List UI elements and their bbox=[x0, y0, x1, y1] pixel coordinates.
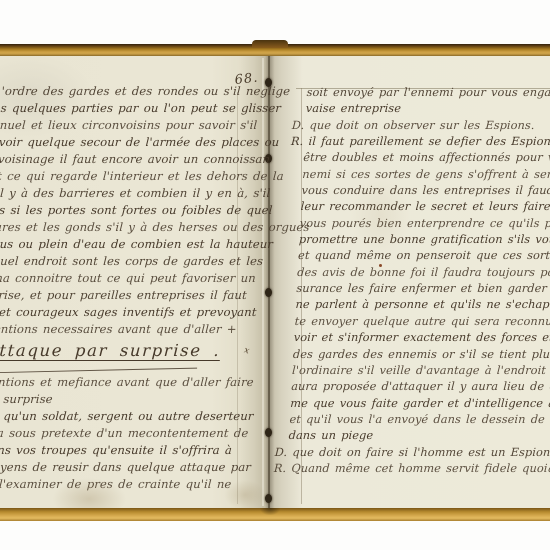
manuscript-line: surance les faire enfermer et bien garde… bbox=[296, 282, 550, 298]
section-heading: attaque par surprise . bbox=[0, 339, 255, 363]
manuscript-line: voir et s'informer exactement des forces… bbox=[293, 331, 550, 347]
manuscript-line: voir quelque secour de l'armée des place… bbox=[0, 135, 265, 152]
manuscript-line: tentions et mefiance avant que d'aller f… bbox=[0, 375, 253, 392]
left-page-text: 'ordre des gardes et des rondes ou s'il … bbox=[0, 84, 268, 494]
manuscript-line: D. que doit on faire si l'homme est un E… bbox=[274, 446, 550, 462]
binding-crease bbox=[268, 56, 270, 508]
manuscript-line: et qu'il vous l'a envoyé dans le dessein… bbox=[289, 413, 550, 429]
manuscript-line: ec qu'un soldat, sergent ou autre desert… bbox=[0, 409, 251, 426]
manuscript-line: vous pourés bien enterprendre ce qu'ils … bbox=[299, 217, 550, 233]
manuscript-photo: 68. x 'ordre des gardes et des rondes ou… bbox=[0, 0, 550, 550]
manuscript-line: vous conduire dans les entreprises il fa… bbox=[301, 184, 550, 200]
manuscript-line: ures et les gonds s'il y à des herses ou… bbox=[0, 220, 261, 237]
manuscript-line: D. que doit on observer sur les Espions. bbox=[291, 119, 550, 135]
manuscript-line: vaise entreprise bbox=[305, 102, 550, 118]
manuscript-line: ra l'examiner de pres de crainte qu'il n… bbox=[0, 477, 247, 494]
manuscript-line: s quelques parties par ou l'on peut se g… bbox=[0, 101, 267, 118]
open-book: 68. x 'ordre des gardes et des rondes ou… bbox=[0, 44, 550, 521]
section-divider bbox=[0, 363, 253, 375]
manuscript-line: dra sous pretexte d'un mecontentement de bbox=[0, 426, 250, 443]
manuscript-line: l'ordinaire s'il veille d'avantage à l'e… bbox=[292, 364, 550, 380]
ink-fleck bbox=[379, 264, 382, 267]
manuscript-line: promettre une bonne gratification s'ils … bbox=[298, 233, 550, 249]
manuscript-line: is si les portes sont fortes ou foibles … bbox=[0, 203, 262, 220]
manuscript-line: et quand même on penseroit que ces sorte… bbox=[298, 249, 550, 265]
manuscript-line: t ce qui regarde l'interieur et les deho… bbox=[0, 169, 264, 186]
manuscript-line: nuel et lieux circonvoisins pour savoir … bbox=[0, 118, 266, 135]
stitch-thread-knot bbox=[265, 288, 272, 297]
manuscript-line: R. Quand même cet homme servit fidele qu… bbox=[273, 462, 550, 478]
manuscript-line: soit envoyé par l'ennemi pour vous engag… bbox=[306, 86, 550, 102]
manuscript-line: nemi si ces sortes de gens s'offrent à s… bbox=[302, 168, 550, 184]
bottom-spine-notch bbox=[260, 508, 280, 515]
manuscript-line: dans un piege bbox=[288, 429, 550, 445]
spine-headband bbox=[252, 40, 288, 48]
manuscript-line: moyens de reusir dans quelque attaque pa… bbox=[0, 460, 248, 477]
manuscript-line: te envoyer quelque autre qui sera reconn… bbox=[294, 315, 550, 331]
manuscript-line: des avis de bonne foi il faudra toujours… bbox=[297, 266, 550, 282]
right-page-text: soit envoyé par l'ennemi pour vous engag… bbox=[286, 86, 550, 478]
manuscript-line: me que vous faite garder et d'intelligen… bbox=[290, 397, 550, 413]
manuscript-line: voisinage il faut encore avoir un connoi… bbox=[0, 152, 264, 169]
manuscript-line: des gardes des ennemis or s'il se tient … bbox=[292, 348, 550, 364]
manuscript-line: sus ou plein d'eau de combien est la hau… bbox=[0, 237, 260, 254]
manuscript-line: i et courageux sages inventifs et prevoy… bbox=[0, 305, 256, 322]
manuscript-line: 'ordre des gardes et des rondes ou s'il … bbox=[1, 84, 268, 101]
stitch-thread-knot bbox=[265, 494, 272, 503]
manuscript-line: être doubles et moins affectionnés pour … bbox=[303, 151, 550, 167]
manuscript-line: prise, et pour pareilles entreprises il … bbox=[0, 288, 257, 305]
manuscript-line: tentions necessaires avant que d'aller + bbox=[0, 322, 256, 339]
manuscript-line: dans vos troupes qu'ensuite il s'offrira… bbox=[0, 443, 249, 460]
manuscript-line: ne parlent à personne et qu'ils ne s'ech… bbox=[295, 298, 550, 314]
manuscript-line: ma connoitre tout ce qui peut favoriser … bbox=[0, 271, 258, 288]
manuscript-line: ar surprise bbox=[0, 392, 252, 409]
manuscript-line: il y à des barrieres et combien il y en … bbox=[0, 186, 263, 203]
manuscript-line: leur recommander le secret et leurs fair… bbox=[300, 200, 550, 216]
manuscript-line: aura proposée d'attaquer il y aura lieu … bbox=[291, 380, 550, 396]
manuscript-line: R. il faut pareillement se defier des Es… bbox=[291, 135, 550, 151]
stitch-thread-knot bbox=[265, 428, 272, 437]
page-spread: 68. x 'ordre des gardes et des rondes ou… bbox=[0, 56, 550, 508]
manuscript-line: quel endroit sont les corps de gardes et… bbox=[0, 254, 259, 271]
